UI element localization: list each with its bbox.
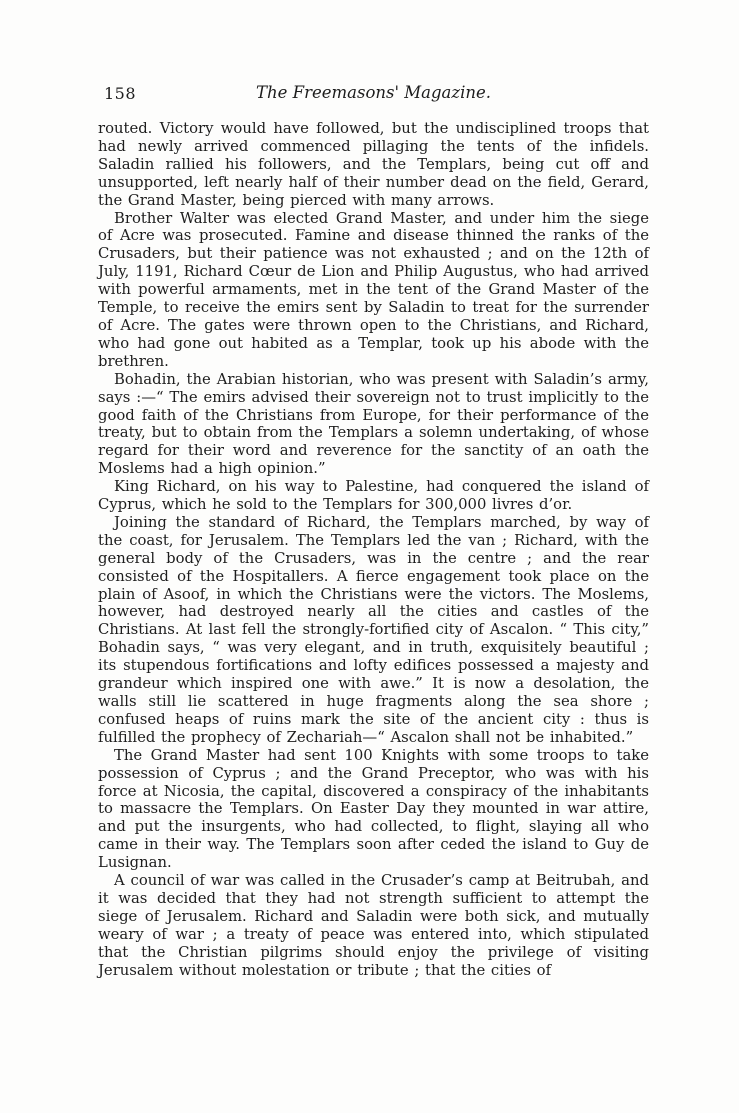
paragraph-joining-standard: Joining the standard of Richard, the Tem… xyxy=(98,514,649,747)
scanned-page: 158 The Freemasons' Magazine. routed. Vi… xyxy=(0,0,739,1113)
paragraph-routed-victory: routed. Victory would have followed, but… xyxy=(98,120,649,210)
paragraph-king-richard-cyprus: King Richard, on his way to Palestine, h… xyxy=(98,478,649,514)
journal-title: The Freemasons' Magazine. xyxy=(98,83,649,102)
paragraph-council-of-war: A council of war was called in the Crusa… xyxy=(98,872,649,979)
page-content: 158 The Freemasons' Magazine. routed. Vi… xyxy=(98,83,649,980)
paragraph-bohadin-historian: Bohadin, the Arabian historian, who was … xyxy=(98,371,649,478)
paragraph-brother-walter: Brother Walter was elected Grand Master,… xyxy=(98,210,649,371)
paragraph-grand-master-knights: The Grand Master had sent 100 Knights wi… xyxy=(98,747,649,872)
article-body: routed. Victory would have followed, but… xyxy=(98,120,649,980)
page-number: 158 xyxy=(104,84,136,103)
page-header: 158 The Freemasons' Magazine. xyxy=(98,83,649,103)
